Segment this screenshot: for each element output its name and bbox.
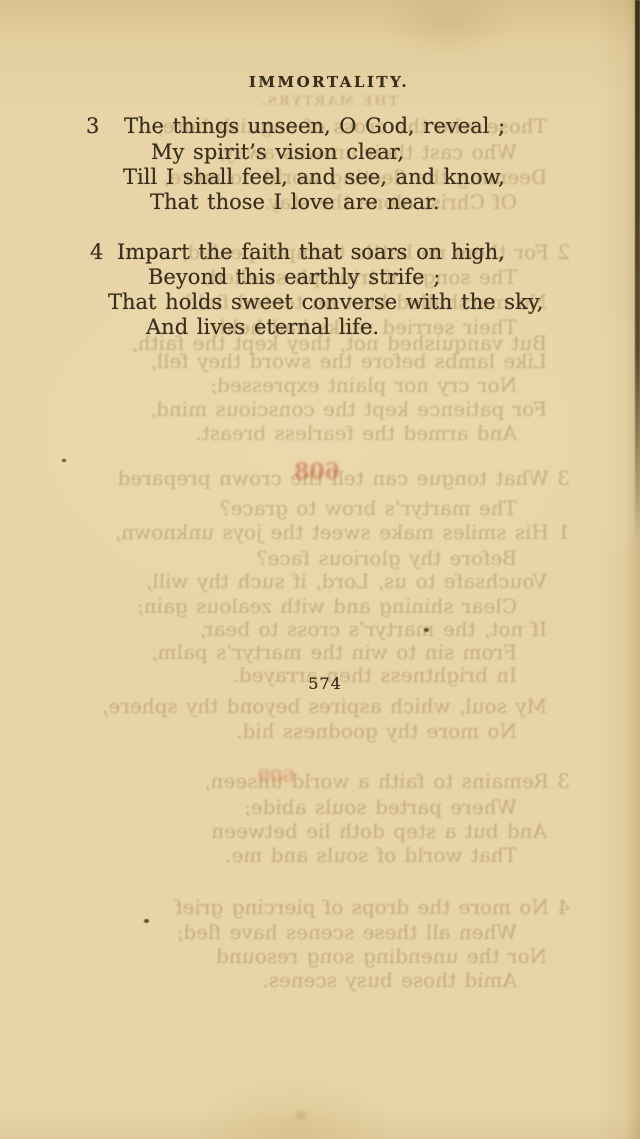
- ink-speck: [424, 628, 429, 632]
- verse-line: That those I love are near.: [150, 190, 440, 214]
- printed-text-layer: IMMORTALITY. 574 3The things unseen, O G…: [0, 0, 640, 1139]
- ink-speck: [62, 459, 66, 462]
- verse-number: 4: [90, 240, 103, 264]
- page-heading: IMMORTALITY.: [0, 73, 640, 91]
- verse-line: And lives eternal life.: [146, 315, 379, 339]
- verse-line: That holds sweet converse with the sky,: [108, 290, 543, 314]
- verse-line: Beyond this earthly strife ;: [148, 265, 440, 289]
- scanned-page: THE MARTYRS.Those who the cross of angui…: [0, 0, 640, 1139]
- scan-edge-shadow: [635, 0, 640, 540]
- verse-line: Impart the faith that soars on high,: [117, 240, 505, 264]
- verse-line: My spirit’s vision clear,: [151, 140, 404, 164]
- verse-line: Till I shall feel, and see, and know,: [123, 165, 505, 189]
- page-number: 574: [0, 674, 640, 693]
- verse-line: The things unseen, O God, reveal ;: [124, 114, 505, 138]
- verse-number: 3: [86, 114, 99, 138]
- ink-speck: [144, 919, 149, 923]
- ink-speck: [296, 1112, 306, 1119]
